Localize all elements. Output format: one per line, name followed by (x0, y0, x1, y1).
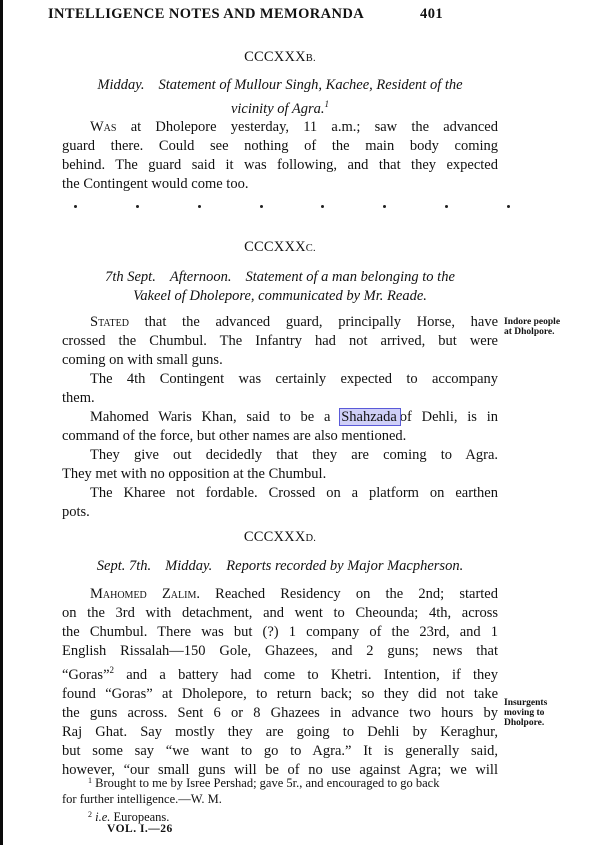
text-line: They met with no opposition at the Chumb… (62, 465, 498, 484)
footnote-text: Brought to me by Isree Pershad; gave 5r.… (95, 776, 439, 790)
text-line: but some say “we want to go to Agra.” It… (62, 742, 498, 761)
text-line: on the 3rd with detachment, and went to … (62, 604, 498, 623)
section-number-suffix: B. (306, 53, 316, 64)
lead-word: Mahomed Zalim. (90, 586, 200, 602)
lead-word: Was (90, 119, 116, 135)
text-line: Mahomed Waris Khan, said to be a (90, 409, 340, 425)
text-line: pots. (62, 503, 498, 522)
margin-note-insurgents: Insurgents moving to Dholpore. (504, 698, 547, 728)
text-line: behind. The guard said it was following,… (62, 156, 498, 175)
section-b-paragraph: Was at Dholepore yesterday, 11 a.m.; saw… (62, 118, 498, 194)
text-line: and a battery had come to Khetri. Intent… (114, 667, 498, 683)
text-line: Raj Ghat. Say mostly they are going to D… (62, 723, 498, 742)
section-c-paragraph-1: Stated that the advanced guard, principa… (62, 313, 498, 370)
text-line: Reached Residency on the 2nd; started (200, 586, 498, 602)
running-head-title: INTELLIGENCE NOTES AND MEMORANDA (48, 6, 364, 23)
text-line: coming on with small guns. (62, 351, 498, 370)
section-number-suffix: C. (306, 243, 316, 254)
text-line: The Kharee not fordable. Crossed on a pl… (62, 484, 498, 503)
dot (136, 205, 139, 208)
caption-time: Afternoon. (170, 269, 232, 285)
signature-mark: VOL. I.—26 (62, 823, 543, 835)
section-c-paragraph-4: They give out decidedly that they are co… (62, 446, 498, 484)
caption-title: Statement of a man belonging to the (245, 269, 454, 285)
margin-note-line: Indore people (504, 317, 560, 327)
dot (383, 205, 386, 208)
section-number-c: CCCXXXC. (62, 239, 498, 256)
margin-note-line: moving to (504, 708, 547, 718)
text-line: “Goras” (62, 667, 110, 683)
footnote-ref-1[interactable]: 1 (325, 99, 330, 109)
caption-title-cont: vicinity of Agra. (231, 101, 325, 117)
text-line: of Dehli, is in (400, 409, 498, 425)
section-number-d: CCCXXXD. (62, 529, 498, 546)
running-head: INTELLIGENCE NOTES AND MEMORANDA 401 (48, 6, 443, 23)
text-line: found “Goras” at Dholepore, to return ba… (62, 685, 498, 704)
selected-word-highlight[interactable]: Shahzada (340, 409, 400, 425)
section-number-suffix: D. (306, 533, 317, 544)
text-line: crossed the Chumbul. The Infantry had no… (62, 332, 498, 351)
caption-time: Midday. (97, 77, 144, 93)
caption-date: Sept. 7th. (97, 558, 151, 574)
window-left-edge (0, 0, 3, 845)
dot (507, 205, 510, 208)
caption-title: Statement of Mullour Singh, Kachee, Resi… (159, 77, 463, 93)
section-number-main: CCCXXX (244, 49, 306, 65)
footnote-italic: i.e. (95, 810, 110, 824)
section-b-caption: Midday.Statement of Mullour Singh, Kache… (62, 76, 498, 119)
text-line: command of the force, but other names ar… (62, 427, 498, 446)
text-line: them. (62, 389, 498, 408)
section-number-main: CCCXXX (244, 529, 306, 545)
lead-word: Stated (90, 314, 129, 330)
section-number-b: CCCXXXB. (62, 49, 498, 66)
text-line: The 4th Contingent was certainly expecte… (62, 370, 498, 389)
text-line: the Chumbul. There was but (?) 1 company… (62, 623, 498, 642)
margin-note-line: Dholpore. (504, 718, 547, 728)
section-d-caption: Sept. 7th.Midday.Reports recorded by Maj… (62, 557, 498, 576)
section-d-paragraph: Mahomed Zalim. Reached Residency on the … (62, 585, 498, 780)
footnote-text: for further intelligence.—W. M. (62, 792, 498, 808)
text-line: that the advanced guard, principally Hor… (129, 314, 498, 330)
section-c-paragraph-3: Mahomed Waris Khan, said to be a Shahzad… (62, 408, 498, 446)
footnote-marker: 2 (88, 810, 92, 819)
text-line: the guns across. Sent 6 or 8 Ghazees in … (62, 704, 498, 723)
section-c-paragraph-2: The 4th Contingent was certainly expecte… (62, 370, 498, 408)
text-line: the Contingent would come too. (62, 175, 498, 194)
text-line: They give out decidedly that they are co… (62, 446, 498, 465)
text-line: English Rissalah—150 Gole, Ghazees, and … (62, 642, 498, 661)
section-number-main: CCCXXX (244, 239, 306, 255)
dot (260, 205, 263, 208)
section-c-paragraph-5: The Kharee not fordable. Crossed on a pl… (62, 484, 498, 522)
page-number: 401 (420, 6, 443, 23)
dot (74, 205, 77, 208)
caption-time: Midday. (165, 558, 212, 574)
caption-date: 7th Sept. (105, 269, 156, 285)
dot (445, 205, 448, 208)
margin-note-indore: Indore people at Dholpore. (504, 317, 560, 337)
caption-title: Reports recorded by Major Macpherson. (226, 558, 463, 574)
dot (321, 205, 324, 208)
text-line: at Dholepore yesterday, 11 a.m.; saw the… (116, 119, 498, 135)
footnote-1: 1 Brought to me by Isree Pershad; gave 5… (62, 773, 498, 792)
margin-note-line: at Dholpore. (504, 327, 560, 337)
margin-note-line: Insurgents (504, 698, 547, 708)
text-line: guard there. Could see nothing of the ma… (62, 137, 498, 156)
footnote-text: Europeans. (110, 810, 169, 824)
section-c-caption: 7th Sept.Afternoon.Statement of a man be… (62, 268, 498, 306)
caption-title-cont: Vakeel of Dholepore, communicated by Mr.… (133, 288, 427, 304)
ellipsis-dots (62, 205, 524, 208)
footnote-marker: 1 (88, 776, 92, 785)
dot (198, 205, 201, 208)
footnotes: 1 Brought to me by Isree Pershad; gave 5… (62, 773, 498, 826)
